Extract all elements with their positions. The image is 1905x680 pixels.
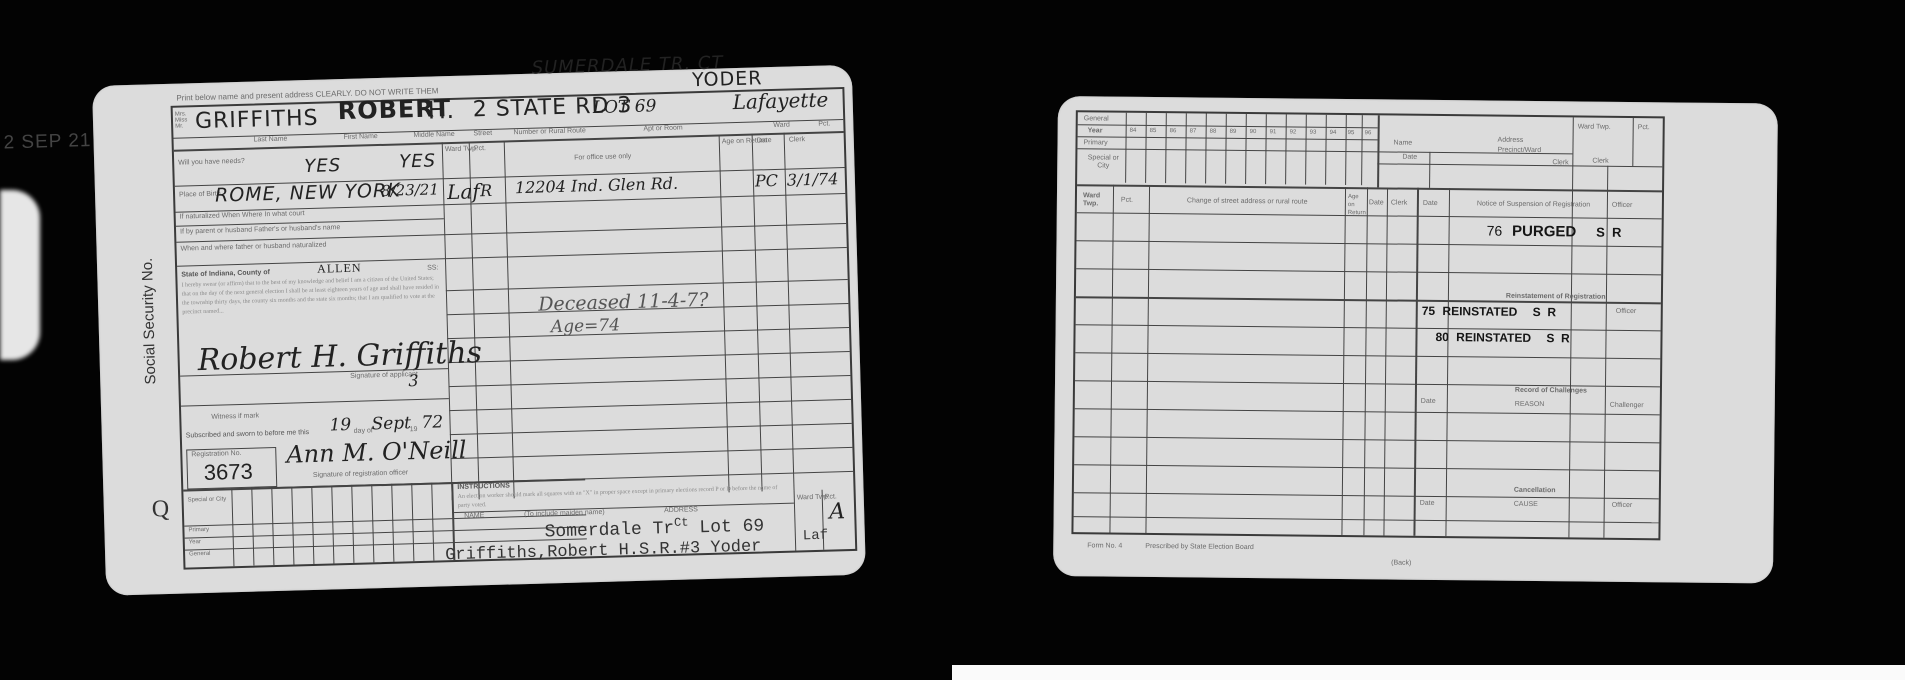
official-signature-label: Signature of registration officer	[313, 469, 408, 479]
purged-year: 76	[1487, 222, 1503, 238]
changes-pct: Pct.	[1121, 197, 1133, 204]
middle-name-value: H.	[427, 96, 455, 125]
entry-pct-value: R	[480, 181, 493, 200]
typed-subdivision-name: Somerdale Tr	[544, 519, 674, 543]
back-year-2: 85	[1150, 128, 1157, 134]
prescribed-by: Prescribed by State Election Board	[1145, 543, 1254, 551]
back-year-10: 93	[1310, 130, 1317, 136]
back-address-label: Address	[1498, 137, 1524, 144]
purged-stamp: 76 PURGED S R	[1487, 222, 1622, 240]
back-date-label: Date	[1402, 154, 1417, 161]
honorifics: Mrs. Miss Mr.	[175, 111, 193, 129]
back-form-grid: General Year Primary Special or City 84 …	[1071, 110, 1664, 540]
sworn-day: 19	[329, 415, 351, 436]
changes-address-label: Change of street address or rural route	[1187, 197, 1308, 205]
reinstated-initials-2: S R	[1546, 331, 1569, 345]
township-note: YODER	[692, 67, 763, 91]
registration-card-front: 2 SEP 21 Social Security No. Q Print bel…	[92, 65, 866, 596]
typed-superscript: Ct	[674, 516, 689, 530]
notice-officer: Officer	[1612, 202, 1633, 209]
entry-date-value: 3/1/74	[787, 169, 839, 189]
grid-row-primary: Primary	[188, 527, 209, 534]
back-grid-row-general: General	[1084, 115, 1109, 122]
city-value: Lafayette	[732, 87, 828, 114]
back-side-label: (Back)	[1391, 560, 1411, 567]
cancellation-header: Cancellation	[1514, 487, 1556, 494]
signature-mark: 3	[408, 371, 419, 390]
front-form-grid: Print below name and present address CLE…	[171, 87, 858, 570]
sworn-year-prefix: 19	[410, 426, 418, 433]
col-clerk: Clerk	[789, 136, 806, 143]
entry-code-value: PC	[755, 171, 779, 191]
instructions-label: INSTRUCTIONS	[457, 482, 510, 490]
back-year-7: 90	[1250, 129, 1257, 135]
label-ward: Ward	[773, 122, 790, 129]
back-grid-row-special: Special or City	[1083, 154, 1123, 170]
back-year-8: 91	[1270, 129, 1277, 135]
cancellation-officer: Officer	[1612, 502, 1633, 509]
label-apt: Apt or Room	[643, 125, 682, 133]
back-grid-row-primary: Primary	[1083, 139, 1107, 146]
typed-ward: Laf	[803, 528, 829, 545]
answer-2: YES	[399, 150, 436, 172]
back-grid-row-year: Year	[1088, 127, 1103, 134]
side-mark: Q	[151, 496, 169, 523]
oath-suffix: SS:	[427, 264, 438, 271]
col-date: Date	[757, 137, 772, 144]
registration-number-box: Registration No. 3673	[186, 447, 277, 489]
reinstated-text-2: REINSTATED	[1456, 330, 1531, 345]
reinstated-stamp-1: 75 REINSTATED S R	[1422, 304, 1556, 319]
ward-handwritten: A	[829, 499, 846, 524]
reinstated-initials-1: S R	[1533, 305, 1556, 319]
changes-clerk: Clerk	[1391, 199, 1407, 206]
entry-ward-value: Laf	[447, 179, 480, 204]
answer-1: YES	[304, 155, 341, 177]
label-first-name: First Name	[343, 133, 377, 141]
subscribed-label: Subscribed and sworn to before me this	[186, 429, 310, 439]
grid-row-general: General	[189, 551, 211, 558]
cancellation-date: Date	[1420, 500, 1435, 507]
back-clerk-label: Clerk	[1592, 158, 1608, 165]
label-rural-route: Number or Rural Route	[513, 127, 586, 136]
form-number: Form No. 4	[1087, 542, 1122, 549]
birthdate-value: 8/23/21	[381, 180, 439, 200]
oath-state-label: State of Indiana, County of	[181, 269, 270, 278]
back-pct-label: Pct.	[1638, 124, 1650, 131]
scan-edge-strip	[952, 665, 1905, 680]
back-year-3: 86	[1170, 128, 1177, 134]
challenges-reason: REASON	[1515, 401, 1545, 408]
reinstated-year-1: 75	[1422, 304, 1436, 318]
oath-text: I hereby swear (or affirm) that to the b…	[181, 274, 442, 317]
birthplace-value: ROME, NEW YORK	[215, 179, 401, 206]
label-pct: Pct.	[818, 120, 830, 127]
sworn-year: 72	[421, 412, 443, 433]
challenges-date: Date	[1421, 398, 1436, 405]
lot-value: LOT 69	[593, 96, 657, 118]
registration-card-back: General Year Primary Special or City 84 …	[1053, 96, 1778, 584]
scanner-artifact	[0, 190, 40, 360]
back-year-12: 95	[1348, 130, 1355, 136]
typed-lot: Lot 69	[699, 516, 764, 538]
notice-label: Notice of Suspension of Registration	[1477, 200, 1590, 208]
bottom-label-address: ADDRESS	[664, 506, 698, 514]
back-year-9: 92	[1290, 129, 1297, 135]
cancellation-cause: CAUSE	[1514, 501, 1538, 508]
sworn-day-label: day of	[354, 427, 373, 435]
county-value: ALLEN	[317, 261, 362, 277]
purged-initials: S R	[1596, 225, 1621, 240]
reinstated-stamp-2: 80 REINSTATED S R	[1435, 330, 1569, 345]
changes-age-on-return: Age on Return	[1348, 193, 1366, 217]
label-last-name: Last Name	[253, 136, 287, 144]
sworn-month: Sept	[371, 413, 411, 434]
registration-number-label: Registration No.	[191, 450, 241, 458]
back-year-6: 89	[1230, 129, 1237, 135]
social-security-label: Social Security No.	[139, 258, 160, 385]
label-street: Street	[473, 130, 492, 138]
col-office-use: For office use only	[574, 153, 631, 162]
back-year-11: 94	[1330, 130, 1337, 136]
purged-text: PURGED	[1512, 223, 1576, 241]
back-name-label: Name	[1393, 140, 1412, 147]
challenges-header: Record of Challenges	[1515, 387, 1587, 395]
col-pct: Pct.	[474, 145, 486, 152]
reinstatement-header: Reinstatement of Registration	[1506, 293, 1606, 301]
bottom-label-name: NAME	[464, 512, 484, 520]
back-ward-twp-label: Ward Twp.	[1578, 123, 1611, 130]
entry-address-value: 12204 Ind. Glen Rd.	[515, 174, 679, 198]
age-note: Age=74	[551, 315, 621, 337]
reinstated-year-2: 80	[1435, 330, 1449, 344]
registration-number: 3673	[203, 459, 253, 486]
when-husband-label: When and where father or husband natural…	[180, 242, 326, 253]
date-stamp: 2 SEP 21	[3, 130, 92, 154]
changes-date: Date	[1369, 199, 1384, 206]
deceased-note: Deceased 11-4-7?	[538, 289, 709, 316]
bottom-label-maiden: (To include maiden name)	[524, 509, 605, 518]
back-year-4: 87	[1190, 128, 1197, 134]
witness-label: Witness if mark	[211, 412, 259, 420]
last-name-value: GRIFFITHS	[195, 106, 319, 134]
label-middle-name: Middle Name	[413, 131, 454, 139]
back-year-1: 84	[1130, 128, 1137, 134]
notice-date: Date	[1423, 200, 1438, 207]
changes-ward-twp: Ward Twp.	[1083, 192, 1109, 208]
grid-row-special: Special or City	[188, 496, 227, 503]
official-signature: Ann M. O'Neill	[286, 436, 467, 469]
grid-row-year: Year	[189, 539, 201, 545]
question-label: Will you have needs?	[178, 158, 245, 167]
reinstated-text-1: REINSTATED	[1442, 304, 1517, 319]
challenges-challenger: Challenger	[1610, 402, 1644, 409]
back-year-13: 96	[1365, 130, 1372, 136]
reinstatement-officer: Officer	[1616, 308, 1637, 315]
back-year-5: 88	[1210, 129, 1217, 135]
